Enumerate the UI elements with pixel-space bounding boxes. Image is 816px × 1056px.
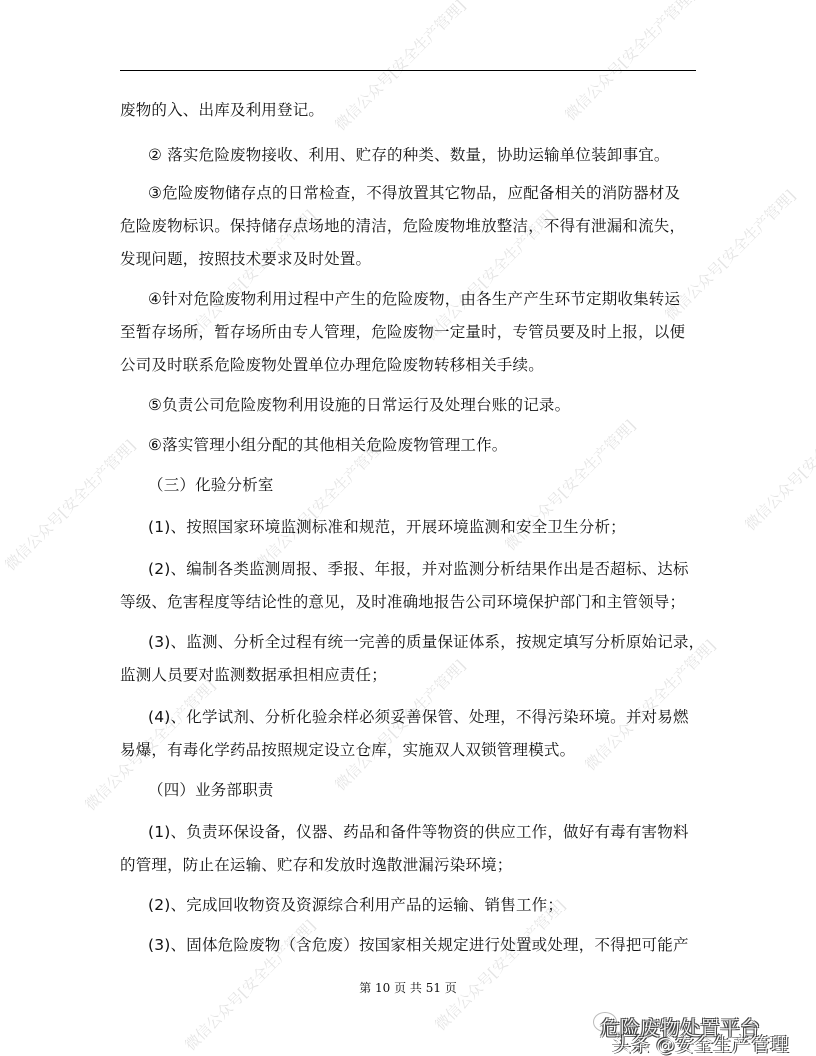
paragraph-line: (1)、负责环保设备，仪器、药品和备件等物资的供应工作，做好有毒有害物料 [148, 822, 689, 842]
paragraph-line: 等级、危害程度等结论性的意见，及时准确地报告公司环境保护部门和主管领导； [120, 592, 685, 612]
watermark-text: 微信公众号[安全生产管理] [430, 895, 570, 1035]
paragraph-line: 危险废物标识。保持储存点场地的清洁，危险废物堆放整洁，不得有泄漏和流失， [120, 216, 685, 236]
watermark-text: 微信公众号[安全生产管理] [660, 185, 800, 325]
paragraph-line: 至暂存场所，暂存场所由专人管理，危险废物一定量时，专管员要及时上报，以便 [120, 322, 685, 342]
paragraph-line: ⑥落实管理小组分配的其他相关危险废物管理工作。 [148, 435, 508, 455]
paragraph-line: ③危险废物储存点的日常检查，不得放置其它物品，应配备相关的消防器材及 [148, 183, 680, 203]
paragraph-line: ④针对危险废物利用过程中产生的危险废物，由各生产产生环节定期收集转运 [148, 289, 680, 309]
paragraph-line: 公司及时联系危险废物处置单位办理危险废物转移相关手续。 [120, 355, 544, 375]
paragraph-line: （四）业务部职责 [148, 780, 274, 800]
paragraph-line: (4)、化学试剂、分析化验余样必须妥善保管、处理，不得污染环境。并对易燃 [148, 707, 689, 727]
paragraph-line: ⑤负责公司危险废物利用设施的日常运行及处理台账的记录。 [148, 395, 570, 415]
watermark-text: 微信公众号[安全生产管理] [560, 0, 700, 125]
paragraph-line: 监测人员要对监测数据承担相应责任； [120, 665, 387, 685]
page-footer: 第 10 页 共 51 页 [0, 979, 816, 996]
paragraph-line: 的管理，防止在运输、贮存和发放时逸散泄漏污染环境； [120, 855, 513, 875]
paragraph-line: ② 落实危险废物接收、利用、贮存的种类、数量，协助运输单位装卸事宜。 [148, 145, 670, 165]
paragraph-line: 发现问题，按照技术要求及时处置。 [120, 249, 371, 269]
brand-watermark-2: 头条 @安全生产管理 [612, 1030, 789, 1056]
paragraph-line: （三）化验分析室 [148, 475, 274, 495]
paragraph-line: (1)、按照国家环境监测标准和规范，开展环境监测和安全卫生分析； [148, 517, 626, 537]
watermark-text: 微信公众号[安全生产管理] [580, 635, 720, 775]
watermark-text: 微信公众号[安全生产管理] [0, 435, 140, 575]
watermark-text: 微信公众号[安全生产管理] [250, 435, 390, 575]
watermark-text: 微信公众号[安全生产管理] [330, 0, 470, 135]
paragraph-line: (2)、编制各类监测周报、季报、年报，并对监测分析结果作出是否超标、达标 [148, 559, 689, 579]
header-rule [120, 70, 696, 71]
paragraph-line: 易爆，有毒化学药品按照规定设立仓库，实施双人双锁管理模式。 [120, 740, 575, 760]
paragraph-line: (3)、监测、分析全过程有统一完善的质量保证体系，按规定填写分析原始记录， [148, 632, 704, 652]
document-page: 废物的入、出库及利用登记。② 落实危险废物接收、利用、贮存的种类、数量，协助运输… [0, 0, 816, 1056]
paragraph-line: (2)、完成回收物资及资源综合利用产品的运输、销售工作； [148, 895, 563, 915]
paragraph-line: (3)、固体危险废物（含危废）按国家相关规定进行处置或处理，不得把可能产 [148, 935, 689, 955]
paragraph-line: 废物的入、出库及利用登记。 [120, 100, 324, 120]
watermark-text: 微信公众号[安全生产管理] [740, 395, 816, 535]
